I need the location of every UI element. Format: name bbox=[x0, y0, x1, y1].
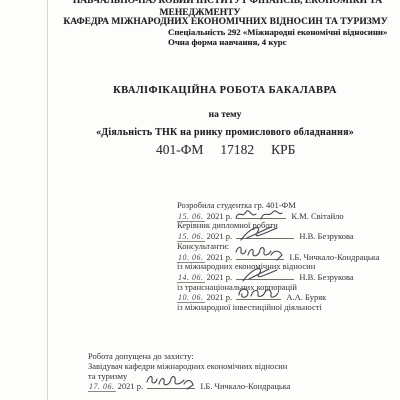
signer-name: А.А. Буряк bbox=[286, 292, 326, 302]
printed-date: 2021 р. bbox=[207, 292, 233, 302]
printed-date: 2021 р. bbox=[207, 231, 233, 241]
signer-name: І.Б. Чичкало-Кондрацька bbox=[200, 381, 290, 391]
consultant3-topic: із міжнародної інвестиційної діяльності bbox=[177, 303, 395, 313]
handwritten-signature bbox=[144, 372, 196, 392]
signature-block: Розробила студентка гр. 401-ФМ 15. 06. 2… bbox=[177, 201, 395, 313]
handwritten-date: 17. 06. bbox=[88, 382, 116, 392]
developer-label: Розробила студентка гр. 401-ФМ bbox=[177, 201, 395, 211]
approval-block: Робота допущена до захисту: Завідувач ка… bbox=[88, 351, 378, 392]
work-code: КРБ bbox=[271, 142, 295, 157]
group-code: 401-ФМ bbox=[156, 142, 203, 157]
signature-line bbox=[236, 211, 286, 219]
consultants-label: Консультанти: bbox=[177, 242, 395, 252]
signature-line bbox=[236, 231, 294, 239]
handwritten-signature bbox=[233, 224, 291, 242]
thesis-topic: «Діяльність ТНК на ринку промислового об… bbox=[50, 127, 400, 138]
institute-name-line1: НАВЧАЛЬНО-НАУКОВИЙ ІНСТИТУТ ФІНАНСІВ, ЕК… bbox=[55, 0, 400, 6]
signature-row-approval: 17. 06. 2021 р. І.Б. Чичкало-Кондрацька bbox=[88, 381, 378, 392]
handwritten-signature bbox=[233, 285, 281, 303]
department-name: КАФЕДРА МІЖНАРОДНИХ ЕКОНОМІЧНИХ ВІДНОСИН… bbox=[53, 17, 398, 27]
specialty-line: Спеціальність 292 «Міжнародні економічні… bbox=[168, 27, 387, 37]
signature-line bbox=[236, 252, 284, 260]
on-topic-label: на тему bbox=[55, 110, 395, 120]
signer-name: К.М. Світайло bbox=[291, 211, 343, 221]
approval-line2: Завідувач кафедри міжнародних економічни… bbox=[88, 361, 378, 371]
scanned-thesis-title-page: НАВЧАЛЬНО-НАУКОВИЙ ІНСТИТУТ ФІНАНСІВ, ЕК… bbox=[0, 0, 400, 400]
scan-margin-line bbox=[47, 0, 48, 400]
printed-date: 2021 р. bbox=[118, 381, 144, 391]
handwritten-signature bbox=[233, 206, 285, 222]
signer-name: І.Б. Чичкало-Кондрацька bbox=[289, 252, 379, 262]
signature-line bbox=[236, 272, 294, 280]
signature-line bbox=[147, 381, 195, 389]
work-type-title: КВАЛІФІКАЦІЙНА РОБОТА БАКАЛАВРА bbox=[55, 85, 395, 96]
student-id: 17182 bbox=[220, 142, 254, 157]
approval-line1: Робота допущена до захисту: bbox=[88, 351, 378, 361]
printed-date: 2021 р. bbox=[207, 252, 233, 262]
signature-line bbox=[236, 292, 281, 300]
study-form-line: Очна форма навчання, 4 курс bbox=[168, 37, 287, 47]
printed-date: 2021 р. bbox=[207, 211, 233, 221]
handwritten-signature bbox=[233, 265, 291, 283]
signer-name: Н.В. Безрукова bbox=[299, 231, 353, 241]
work-code-line: 401-ФМ17182КРБ bbox=[156, 142, 295, 158]
signer-name: Н.В. Безрукова bbox=[299, 272, 353, 282]
approval-line3: та туризму bbox=[88, 371, 378, 381]
consultant2-topic: із транснаціональних корпорацій bbox=[177, 283, 395, 293]
printed-date: 2021 р. bbox=[207, 272, 233, 282]
handwritten-signature bbox=[233, 243, 285, 263]
